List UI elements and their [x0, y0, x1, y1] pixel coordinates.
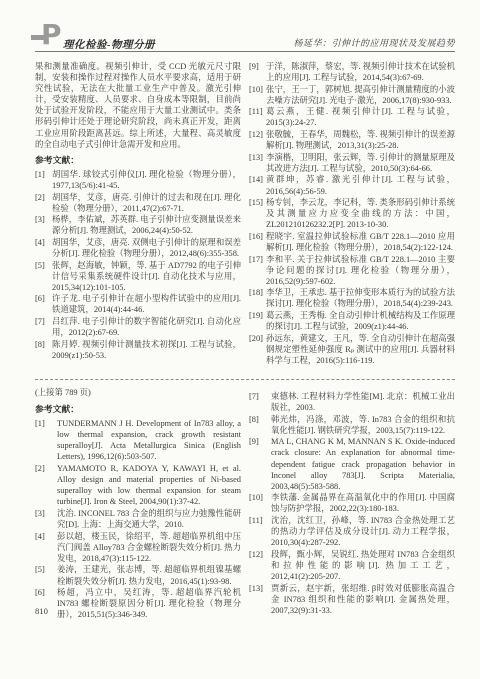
reference-item: [1] TUNDERMANN J H. Development of In783…	[35, 418, 241, 462]
reference-number: [14]	[249, 174, 266, 196]
reference-text: 沈治. INCONEL 783 合金的组织与应力弛豫性能研究[D]. 上海：上海…	[57, 508, 241, 530]
reference-item: [6] 杨超，冯立中，吴红涛，等. 超超临界汽轮机 IN783 螺栓断裂原因分析…	[35, 587, 241, 620]
reference-text: 吕红萍. 电子引伸计的数字智能化研究[J]. 自动化应用，2012(2):67-…	[52, 316, 241, 338]
reference-item: [10] 李铁藩. 金属晶界在高温氧化中的作用[J]. 中国腐蚀与防护学报，20…	[249, 492, 455, 514]
reference-number: [12]	[249, 129, 266, 151]
reference-text: 沈治，沈红卫，孙峰，等. IN783 合金热处理工艺的热动力学评估及成分设计[J…	[271, 515, 455, 548]
reference-item: [3] 沈治. INCONEL 783 合金的组织与应力弛豫性能研究[D]. 上…	[35, 508, 241, 530]
reference-number: [7]	[35, 316, 52, 338]
reference-text: 李演楷，卫明阳，张云辉，等. 引伸计的测量原理及其改进方法[J]. 工程与试验，…	[266, 152, 455, 174]
reference-text: 李华卫，王承忠. 基于拉伸变形本质行为的试验方法探讨[J]. 理化检验（物理分册…	[266, 287, 455, 309]
reference-text: 胡国华，艾彦，唐亮. 引伸计的过去和现在[J]. 理化检验（物理分册），2011…	[52, 192, 241, 214]
reference-number: [20]	[249, 333, 266, 366]
reference-text: 贾新云，赵宇新，张绍维. β时效对低膨胀高温合金 IN783 组织和性能的影响[…	[271, 583, 455, 616]
reference-item: [14] 黄群坤，苏睿. 激光引伸计[J]. 工程与试验，2016,56(4):…	[249, 174, 455, 196]
reference-number: [17]	[249, 254, 266, 287]
continued-references-list-left: [1] TUNDERMANN J H. Development of In783…	[35, 418, 241, 620]
reference-text: 程晓宇. 室温拉伸试验标准 GB/T 228.1—2010 应用解析[J]. 理…	[266, 231, 455, 253]
reference-text: 李铁藩. 金属晶界在高温氧化中的作用[J]. 中国腐蚀与防护学报，2002,22…	[271, 492, 455, 514]
reference-number: [11]	[249, 106, 266, 128]
reference-text: YAMAMOTO R, KADOYA Y, KAWAYI H, et al. A…	[57, 463, 241, 507]
reference-item: [18] 李华卫，王承忠. 基于拉伸变形本质行为的试验方法探讨[J]. 理化检验…	[249, 287, 455, 309]
reference-text: 张敬毓，王春华，周魏松，等. 视频引伸计的误差源解析[J]. 物理测试，2013…	[266, 129, 455, 151]
reference-text: 孙远东，黄建文，王凡，等. 全自动引伸计在超高强钢规定塑性延伸强度 Rₚ 测试中…	[266, 333, 455, 366]
reference-text: 韩光炜，冯涤，邓波，等. In783 合金的组织和抗氧化性能[J]. 钢铁研究学…	[271, 414, 455, 436]
reference-text: 李和平. 关于拉伸试验标准 GB/T 228.1—2010 主要争论问题的探讨[…	[266, 254, 455, 287]
reference-number: [16]	[249, 231, 266, 253]
reference-number: [6]	[35, 293, 52, 315]
reference-text: MA L, CHANG K M, MANNAN S K. Oxide-induc…	[271, 436, 455, 491]
reference-item: [6] 许子龙. 电子引伸计在超小型构件试验中的应用[J]. 铁道建筑，2014…	[35, 293, 241, 315]
reference-item: [16] 程晓宇. 室温拉伸试验标准 GB/T 228.1—2010 应用解析[…	[249, 231, 455, 253]
reference-item: [13] 贾新云，赵宇新，张绍维. β时效对低膨胀高温合金 IN783 组织和性…	[249, 583, 455, 616]
reference-number: [18]	[249, 287, 266, 309]
reference-text: 张辉，赵海敏，钟颖，等. 基于 AD7792 的电子引伸计信号采集系统硬件设计[…	[52, 260, 241, 293]
reference-item: [7] 吕红萍. 电子引伸计的数字智能化研究[J]. 自动化应用，2012(2)…	[35, 316, 241, 338]
reference-text: 杨专钊，李云龙，李记科，等. 类条形码引伸计系统及其测量应力应变全曲线的方法：中…	[266, 197, 455, 230]
continued-from-note: (上接第 789 页)	[35, 387, 241, 398]
reference-text: 姜涛，王建光，张志博，等. 超超临界机组镍基螺栓断裂失效分析[J]. 热力发电，…	[57, 564, 241, 586]
running-head: 杨延华：引伸计的应用现状及发展趋势	[293, 36, 455, 49]
reference-text: 段辉，甄小辉，吴锐红. 热处理对 IN783 合金组织和拉伸性能的影响[J]. …	[271, 549, 455, 582]
reference-text: 葛云燕，王秀梅. 全自动引伸计机械结构及工作原理的探讨[J]. 工程与试验，20…	[266, 310, 455, 332]
reference-text: 张宁，王一丁，郭树旭. 提高引伸计测量精度的小波去噪方法研究[J]. 光电子·激…	[266, 84, 455, 106]
journal-title: 理化检验-物理分册	[63, 37, 155, 54]
references-heading: 参考文献：	[35, 155, 241, 166]
reference-number: [4]	[35, 237, 52, 259]
reference-number: [8]	[35, 339, 52, 361]
reference-item: [3] 杨桦，李佑斌，苏英群. 电子引伸计应变测量误差来源分析[J]. 物理测试…	[35, 214, 241, 236]
reference-number: [15]	[249, 197, 266, 230]
reference-text: 于洋，陈淑萍，蔡宏，等. 视频引伸计技术在试验机上的应用[J]. 工程与试验，2…	[266, 61, 455, 83]
left-column-top: 果和测量准确度。视频引伸计，受 CCD 光敏元尺寸限制，安装和操作过程对操作人员…	[35, 61, 241, 376]
reference-text: 胡国华. 球铰式引伸仪[J]. 理化检验（物理分册），1977,13(5/6):…	[52, 169, 241, 191]
reference-item: [2] 胡国华，艾彦，唐亮. 引伸计的过去和现在[J]. 理化检验（物理分册），…	[35, 192, 241, 214]
reference-item: [13] 李演楷，卫明阳，张云辉，等. 引伸计的测量原理及其改进方法[J]. 工…	[249, 152, 455, 174]
reference-text: 彭以超，楼玉民，徐绍平，等. 超超临界机组中压汽门阀盖 Alloy783 合金螺…	[57, 531, 241, 564]
reference-number: [12]	[249, 549, 271, 582]
reference-number: [3]	[35, 214, 52, 236]
reference-number: [13]	[249, 152, 266, 174]
article-closing-paragraph: 果和测量准确度。视频引伸计，受 CCD 光敏元尺寸限制，安装和操作过程对操作人员…	[35, 61, 241, 150]
reference-item: [12] 张敬毓，王春华，周魏松，等. 视频引伸计的误差源解析[J]. 物理测试…	[249, 129, 455, 151]
references-list-left: [1] 胡国华. 球铰式引伸仪[J]. 理化检验（物理分册），1977,13(5…	[35, 169, 241, 361]
reference-item: [11] 葛云燕，王健. 视频引伸计[J]. 工程与试验，2015(3):24-…	[249, 106, 455, 128]
continued-references-heading: 参考文献：	[35, 404, 241, 415]
logo-letter: P	[41, 20, 62, 50]
right-column-bottom: [7] 束德林. 工程材料力学性能[M]. 北京：机械工业出版社，2003. […	[249, 391, 455, 616]
reference-item: [4] 彭以超，楼玉民，徐绍平，等. 超超临界机组中压汽门阀盖 Alloy783…	[35, 531, 241, 564]
reference-text: 胡国华，艾彦，唐亮. 双侧电子引伸计的原理和误差分析[J]. 理化检验（物理分册…	[52, 237, 241, 259]
reference-number: [10]	[249, 492, 271, 514]
reference-number: [1]	[35, 418, 57, 462]
reference-number: [19]	[249, 310, 266, 332]
journal-page: P 理化检验-物理分册 杨延华：引伸计的应用现状及发展趋势 果和测量准确度。视频…	[0, 0, 480, 679]
reference-item: [20] 孙远东，黄建文，王凡，等. 全自动引伸计在超高强钢规定塑性延伸强度 R…	[249, 333, 455, 366]
reference-text: 黄群坤，苏睿. 激光引伸计[J]. 工程与试验，2016,56(4):56-59…	[266, 174, 455, 196]
reference-number: [4]	[35, 531, 57, 564]
page-number: 810	[35, 606, 48, 616]
left-column-bottom: (上接第 789 页) 参考文献： [1] TUNDERMANN J H. De…	[35, 387, 241, 621]
reference-item: [12] 段辉，甄小辉，吴锐红. 热处理对 IN783 合金组织和拉伸性能的影响…	[249, 549, 455, 582]
reference-number: [5]	[35, 564, 57, 586]
reference-number: [3]	[35, 508, 57, 530]
right-column-top: [9] 于洋，陈淑萍，蔡宏，等. 视频引伸计技术在试验机上的应用[J]. 工程与…	[249, 61, 455, 376]
reference-item: [17] 李和平. 关于拉伸试验标准 GB/T 228.1—2010 主要争论问…	[249, 254, 455, 287]
journal-logo-icon: P	[35, 24, 61, 54]
reference-item: [8] 陈月婷. 视频引伸计测量技术初探[J]. 工程与试验，2009(z1):…	[35, 339, 241, 361]
reference-text: 陈月婷. 视频引伸计测量技术初探[J]. 工程与试验，2009(z1):50-5…	[52, 339, 241, 361]
reference-number: [5]	[35, 260, 52, 293]
reference-item: [8] 韩光炜，冯涤，邓波，等. In783 合金的组织和抗氧化性能[J]. 钢…	[249, 414, 455, 436]
reference-text: 杨桦，李佑斌，苏英群. 电子引伸计应变测量误差来源分析[J]. 物理测试，200…	[52, 214, 241, 236]
reference-number: [9]	[249, 436, 271, 491]
reference-text: 束德林. 工程材料力学性能[M]. 北京：机械工业出版社，2003.	[271, 391, 455, 413]
reference-item: [2] YAMAMOTO R, KADOYA Y, KAWAYI H, et a…	[35, 463, 241, 507]
reference-text: 许子龙. 电子引伸计在超小型构件试验中的应用[J]. 铁道建筑，2014(4):…	[52, 293, 241, 315]
reference-number: [1]	[35, 169, 52, 191]
references-list-right: [9] 于洋，陈淑萍，蔡宏，等. 视频引伸计技术在试验机上的应用[J]. 工程与…	[249, 61, 455, 366]
reference-number: [9]	[249, 61, 266, 83]
reference-item: [9] 于洋，陈淑萍，蔡宏，等. 视频引伸计技术在试验机上的应用[J]. 工程与…	[249, 61, 455, 83]
reference-item: [5] 张辉，赵海敏，钟颖，等. 基于 AD7792 的电子引伸计信号采集系统硬…	[35, 260, 241, 293]
reference-number: [2]	[35, 192, 52, 214]
section-divider	[35, 379, 455, 380]
reference-number: [11]	[249, 515, 271, 548]
reference-number: [8]	[249, 414, 271, 436]
reference-item: [9] MA L, CHANG K M, MANNAN S K. Oxide-i…	[249, 436, 455, 491]
continued-references-list-right: [7] 束德林. 工程材料力学性能[M]. 北京：机械工业出版社，2003. […	[249, 391, 455, 616]
reference-number: [2]	[35, 463, 57, 507]
reference-item: [5] 姜涛，王建光，张志博，等. 超超临界机组镍基螺栓断裂失效分析[J]. 热…	[35, 564, 241, 586]
reference-item: [11] 沈治，沈红卫，孙峰，等. IN783 合金热处理工艺的热动力学评估及成…	[249, 515, 455, 548]
reference-number: [10]	[249, 84, 266, 106]
reference-item: [10] 张宁，王一丁，郭树旭. 提高引伸计测量精度的小波去噪方法研究[J]. …	[249, 84, 455, 106]
reference-item: [7] 束德林. 工程材料力学性能[M]. 北京：机械工业出版社，2003.	[249, 391, 455, 413]
reference-item: [15] 杨专钊，李云龙，李记科，等. 类条形码引伸计系统及其测量应力应变全曲线…	[249, 197, 455, 230]
reference-number: [7]	[249, 391, 271, 413]
journal-logo: P 理化检验-物理分册	[35, 24, 155, 54]
reference-item: [1] 胡国华. 球铰式引伸仪[J]. 理化检验（物理分册），1977,13(5…	[35, 169, 241, 191]
reference-number: [13]	[249, 583, 271, 616]
reference-item: [4] 胡国华，艾彦，唐亮. 双侧电子引伸计的原理和误差分析[J]. 理化检验（…	[35, 237, 241, 259]
reference-text: TUNDERMANN J H. Development of In783 all…	[57, 418, 241, 462]
reference-text: 杨超，冯立中，吴红涛，等. 超超临界汽轮机 IN783 螺栓断裂原因分析[J].…	[57, 587, 241, 620]
reference-item: [19] 葛云燕，王秀梅. 全自动引伸计机械结构及工作原理的探讨[J]. 工程与…	[249, 310, 455, 332]
reference-text: 葛云燕，王健. 视频引伸计[J]. 工程与试验，2015(3):24-27.	[266, 106, 455, 128]
